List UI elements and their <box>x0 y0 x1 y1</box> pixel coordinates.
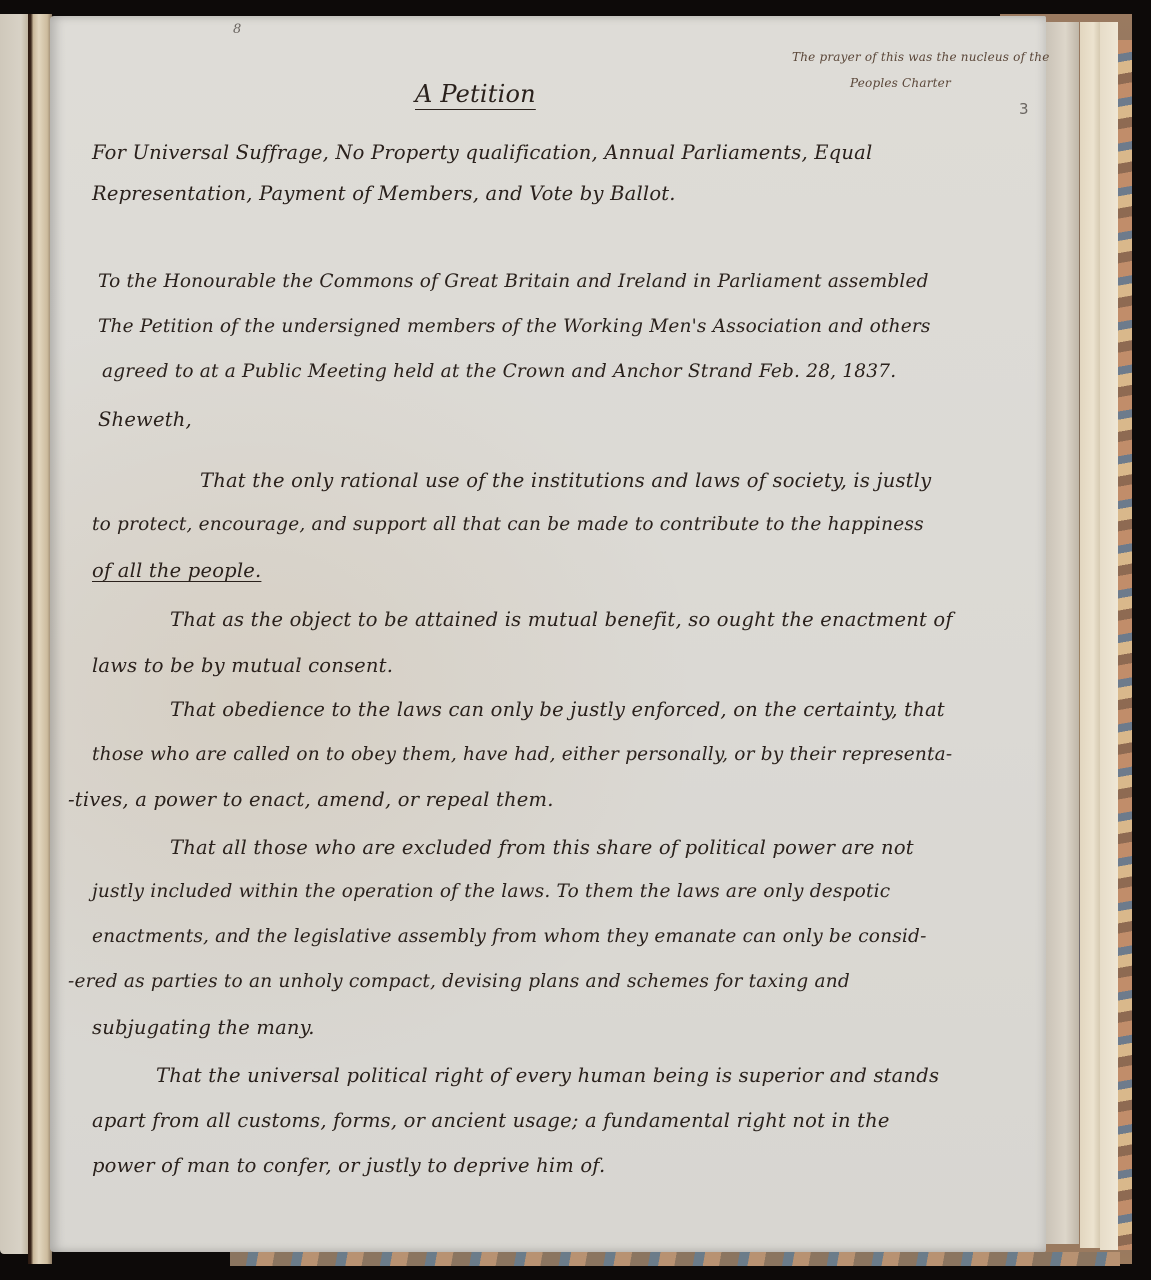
page-number: 3 <box>1019 100 1029 118</box>
address-line-3: agreed to at a Public Meeting held at th… <box>102 361 896 382</box>
address-line-1: To the Honourable the Commons of Great B… <box>98 271 929 292</box>
corner-mark: 8 <box>233 22 241 37</box>
paragraph-4-line-1: That all those who are excluded from thi… <box>170 836 914 859</box>
page-stack-edge <box>1045 22 1079 1244</box>
address-line-2: The Petition of the undersigned members … <box>98 316 931 337</box>
paragraph-1-line-1: That the only rational use of the instit… <box>200 469 931 492</box>
page-title: A Petition <box>415 80 536 108</box>
paragraph-5-line-2: apart from all customs, forms, or ancien… <box>92 1109 890 1132</box>
page-stack-edge <box>1080 22 1102 1248</box>
paragraph-1-line-2: to protect, encourage, and support all t… <box>92 514 924 535</box>
heading-line-2: Representation, Payment of Members, and … <box>92 182 676 205</box>
margin-note-line-1: The prayer of this was the nucleus of th… <box>792 50 1050 64</box>
paragraph-4-line-3: enactments, and the legislative assembly… <box>92 926 927 947</box>
paragraph-3-line-1: That obedience to the laws can only be j… <box>170 698 945 721</box>
paragraph-4-line-2: justly included within the operation of … <box>92 881 890 902</box>
heading-line-1: For Universal Suffrage, No Property qual… <box>92 141 872 164</box>
paragraph-3-line-3: -tives, a power to enact, amend, or repe… <box>68 788 554 811</box>
paragraph-2-line-2: laws to be by mutual consent. <box>92 654 393 677</box>
margin-note-line-2: Peoples Charter <box>850 76 951 90</box>
paragraph-3-line-2: those who are called on to obey them, ha… <box>92 744 952 765</box>
book-gutter <box>28 14 52 1264</box>
manuscript-page: 8 A Petition The prayer of this was the … <box>50 16 1046 1252</box>
paragraph-2-line-1: That as the object to be attained is mut… <box>170 608 953 631</box>
paragraph-4-line-5: subjugating the many. <box>92 1016 315 1039</box>
page-stack-edge <box>1100 22 1118 1250</box>
marbled-edge-right <box>1118 40 1132 1250</box>
paragraph-1-line-3: of all the people. <box>92 559 261 582</box>
salutation: Sheweth, <box>98 408 192 431</box>
paragraph-4-line-4: -ered as parties to an unholy compact, d… <box>68 971 850 992</box>
paragraph-5-line-3: power of man to confer, or justly to dep… <box>92 1154 605 1177</box>
marbled-edge-bottom <box>230 1252 1120 1266</box>
facing-page-edge <box>0 14 30 1254</box>
paragraph-5-line-1: That the universal political right of ev… <box>156 1064 939 1087</box>
